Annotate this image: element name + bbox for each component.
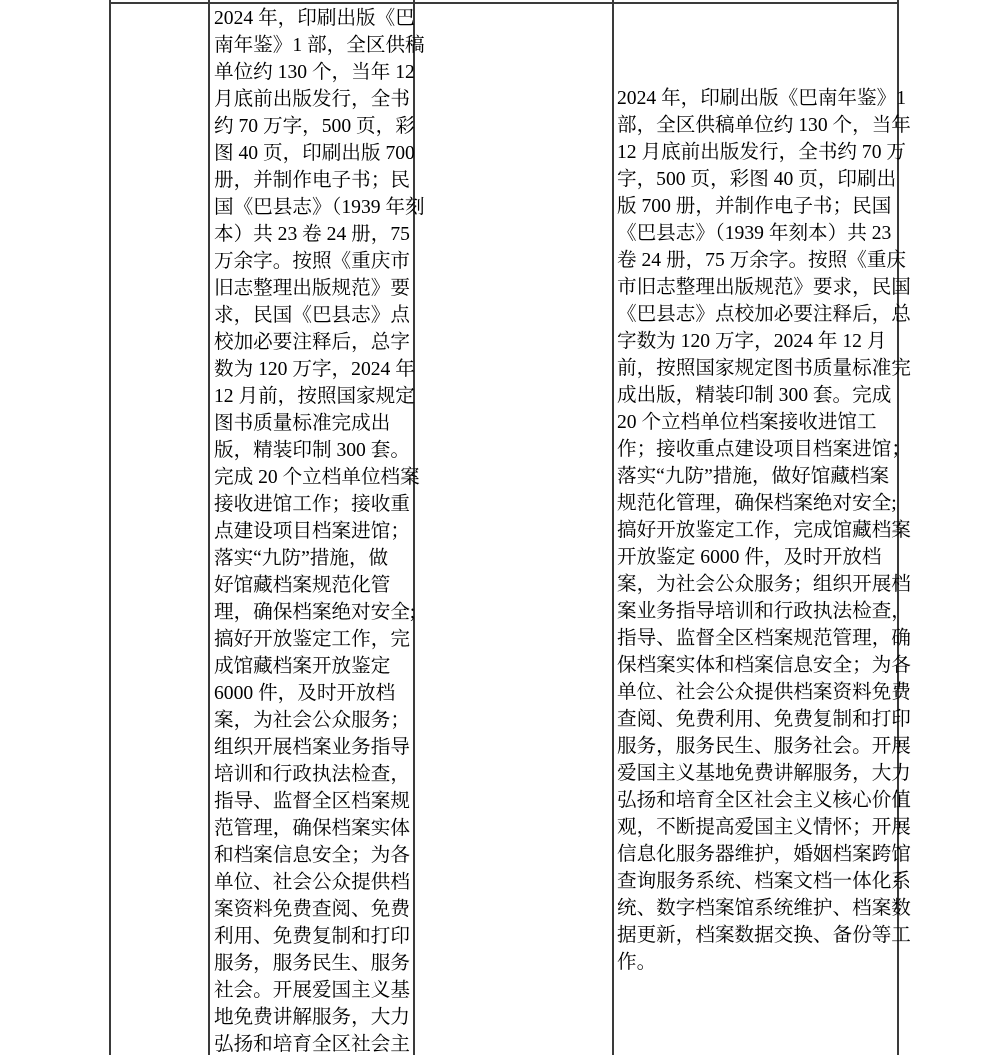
text-line: 信息化服务器维护，婚姻档案跨馆 — [617, 841, 899, 868]
text-line: 作；接收重点建设项目档案进馆； — [617, 436, 899, 463]
text-line: 本）共 23 卷 24 册，75 — [214, 221, 415, 248]
table-border-vertical-1 — [109, 0, 111, 1055]
text-line: 约 70 万字，500 页，彩 — [214, 113, 415, 140]
text-line: 完成 20 个立档单位档案 — [214, 464, 415, 491]
table-cell-right-text: 2024 年，印刷出版《巴南年鉴》1部，全区供稿单位约 130 个，当年12 月… — [617, 85, 899, 976]
text-line: 版，精装印制 300 套。 — [214, 437, 415, 464]
text-line: 字数为 120 万字，2024 年 12 月 — [617, 328, 899, 355]
text-line: 弘扬和培育全区社会主 — [214, 1031, 415, 1055]
text-line: 卷 24 册，75 万余字。按照《重庆 — [617, 247, 899, 274]
text-line: 前，按照国家规定图书质量标准完 — [617, 355, 899, 382]
text-line: 指导、监督全区档案规范管理，确 — [617, 625, 899, 652]
text-line: 旧志整理出版规范》要 — [214, 275, 415, 302]
text-line: 案资料免费查阅、免费 — [214, 896, 415, 923]
text-line: 查询服务系统、档案文档一体化系 — [617, 868, 899, 895]
text-line: 图 40 页，印刷出版 700 — [214, 140, 415, 167]
text-line: 接收进馆工作；接收重 — [214, 491, 415, 518]
text-line: 理，确保档案绝对安全; — [214, 599, 415, 626]
text-line: 《巴县志》点校加必要注释后，总 — [617, 301, 899, 328]
text-line: 社会。开展爱国主义基 — [214, 977, 415, 1004]
text-line: 单位约 130 个，当年 12 — [214, 59, 415, 86]
text-line: 服务，服务民生、服务 — [214, 950, 415, 977]
text-line: 培训和行政执法检查， — [214, 761, 415, 788]
text-line: 册，并制作电子书；民 — [214, 167, 415, 194]
text-line: 6000 件，及时开放档 — [214, 680, 415, 707]
document-page: 2024 年，印刷出版《巴南年鉴》1 部，全区供稿单位约 130 个，当年 12… — [0, 0, 1000, 1055]
text-line: 落实“九防”措施，做 — [214, 545, 415, 572]
text-line: 字，500 页，彩图 40 页，印刷出 — [617, 166, 899, 193]
text-line: 单位、社会公众提供档案资料免费 — [617, 679, 899, 706]
text-line: 求，民国《巴县志》点 — [214, 302, 415, 329]
text-line: 服务，服务民生、服务社会。开展 — [617, 733, 899, 760]
text-line: 案业务指导培训和行政执法检查， — [617, 598, 899, 625]
text-line: 《巴县志》（1939 年刻本）共 23 — [617, 220, 899, 247]
text-line: 国《巴县志》（1939 年刻 — [214, 194, 415, 221]
text-line: 校加必要注释后，总字 — [214, 329, 415, 356]
text-line: 利用、免费复制和打印 — [214, 923, 415, 950]
text-line: 作。 — [617, 949, 899, 976]
table-border-horizontal-top — [109, 2, 899, 4]
text-line: 南年鉴》1 部，全区供稿 — [214, 32, 415, 59]
text-line: 统、数字档案馆系统维护、档案数 — [617, 895, 899, 922]
text-line: 组织开展档案业务指导 — [214, 734, 415, 761]
text-line: 万余字。按照《重庆市 — [214, 248, 415, 275]
text-line: 搞好开放鉴定工作，完 — [214, 626, 415, 653]
text-line: 开放鉴定 6000 件，及时开放档 — [617, 544, 899, 571]
text-line: 落实“九防”措施，做好馆藏档案 — [617, 463, 899, 490]
text-line: 成出版，精装印制 300 套。完成 — [617, 382, 899, 409]
text-line: 12 月底前出版发行，全书约 70 万 — [617, 139, 899, 166]
text-line: 指导、监督全区档案规 — [214, 788, 415, 815]
text-line: 12 月前，按照国家规定 — [214, 383, 415, 410]
table-cell-left-text: 2024 年，印刷出版《巴南年鉴》1 部，全区供稿单位约 130 个，当年 12… — [214, 5, 415, 1055]
text-line: 单位、社会公众提供档 — [214, 869, 415, 896]
text-line: 部，全区供稿单位约 130 个，当年 — [617, 112, 899, 139]
text-line: 图书质量标准完成出 — [214, 410, 415, 437]
table-border-vertical-2 — [208, 0, 210, 1055]
text-line: 案，为社会公众服务；组织开展档 — [617, 571, 899, 598]
text-line: 市旧志整理出版规范》要求，民国 — [617, 274, 899, 301]
table-border-vertical-4 — [612, 0, 614, 1055]
text-line: 2024 年，印刷出版《巴 — [214, 5, 415, 32]
text-line: 弘扬和培育全区社会主义核心价值 — [617, 787, 899, 814]
text-line: 保档案实体和档案信息安全；为各 — [617, 652, 899, 679]
text-line: 爱国主义基地免费讲解服务，大力 — [617, 760, 899, 787]
text-line: 范管理，确保档案实体 — [214, 815, 415, 842]
text-line: 观，不断提高爱国主义情怀；开展 — [617, 814, 899, 841]
text-line: 成馆藏档案开放鉴定 — [214, 653, 415, 680]
text-line: 案，为社会公众服务； — [214, 707, 415, 734]
text-line: 20 个立档单位档案接收进馆工 — [617, 409, 899, 436]
text-line: 点建设项目档案进馆； — [214, 518, 415, 545]
text-line: 月底前出版发行，全书 — [214, 86, 415, 113]
text-line: 和档案信息安全；为各 — [214, 842, 415, 869]
text-line: 据更新，档案数据交换、备份等工 — [617, 922, 899, 949]
text-line: 版 700 册，并制作电子书；民国 — [617, 193, 899, 220]
text-line: 搞好开放鉴定工作，完成馆藏档案 — [617, 517, 899, 544]
text-line: 2024 年，印刷出版《巴南年鉴》1 — [617, 85, 899, 112]
text-line: 规范化管理，确保档案绝对安全; — [617, 490, 899, 517]
text-line: 地免费讲解服务，大力 — [214, 1004, 415, 1031]
text-line: 数为 120 万字，2024 年 — [214, 356, 415, 383]
text-line: 查阅、免费利用、免费复制和打印 — [617, 706, 899, 733]
text-line: 好馆藏档案规范化管 — [214, 572, 415, 599]
